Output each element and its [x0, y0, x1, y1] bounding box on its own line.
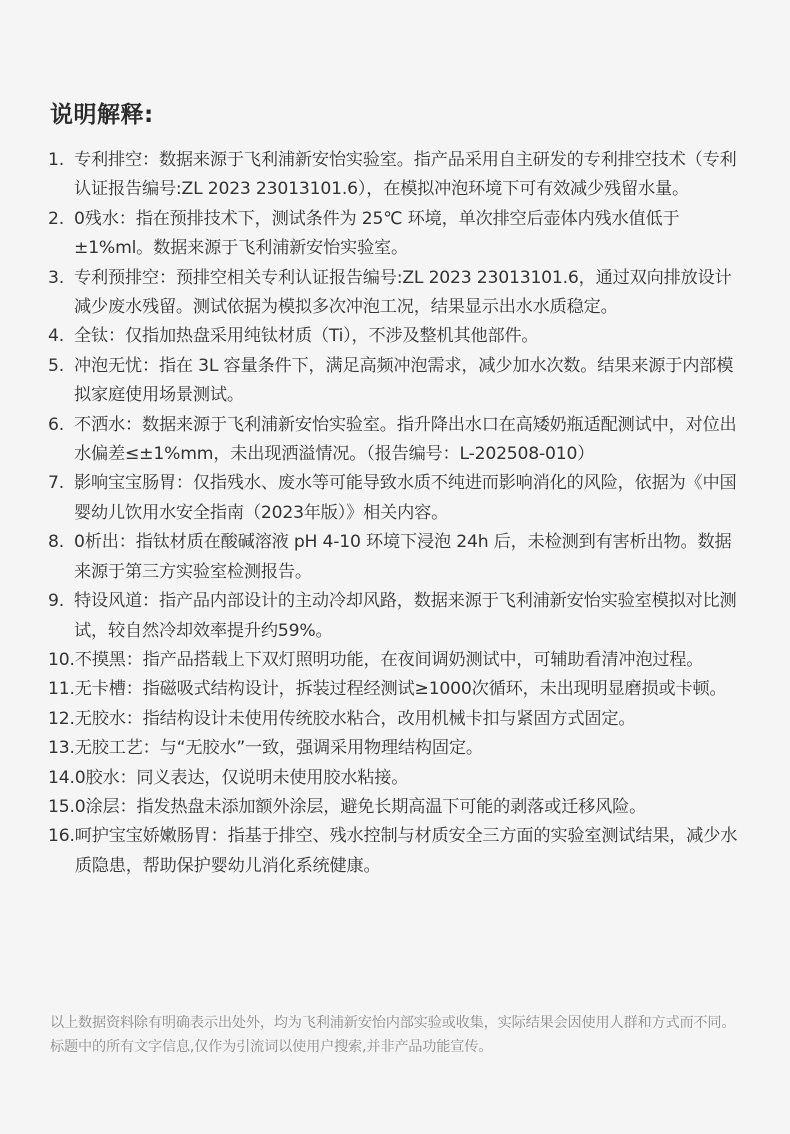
list-item: 3. 专利预排空：预排空相关专利认证报告编号:ZL 2023 23013101.… — [48, 264, 748, 323]
item-number: 1. — [48, 146, 74, 205]
item-number: 3. — [48, 264, 74, 323]
item-number: 6. — [48, 411, 74, 470]
list-item: 2. 0残水：指在预排技术下，测试条件为 25℃ 环境，单次排空后壶体内残水值低… — [48, 205, 748, 264]
item-text: 0胶水：同义表达，仅说明未使用胶水粘接。 — [75, 764, 748, 793]
item-text: 0涂层：指发热盘未添加额外涂层，避免长期高温下可能的剥落或迁移风险。 — [75, 793, 748, 822]
item-number: 9. — [48, 587, 74, 646]
item-text: 全钛：仅指加热盘采用纯钛材质（Ti），不涉及整机其他部件。 — [74, 322, 748, 351]
item-number: 2. — [48, 205, 74, 264]
list-item: 6. 不洒水：数据来源于飞利浦新安怡实验室。指升降出水口在高矮奶瓶适配测试中，对… — [48, 411, 748, 470]
item-text: 无卡槽：指磁吸式结构设计，拆装过程经测试≥1000次循环，未出现明显磨损或卡顿。 — [75, 675, 748, 704]
page-title: 说明解释: — [50, 96, 154, 129]
item-number: 8. — [48, 528, 74, 587]
list-item: 10. 不摸黑：指产品搭载上下双灯照明功能，在夜间调奶测试中，可辅助看清冲泡过程… — [48, 646, 748, 675]
item-text: 无胶水：指结构设计未使用传统胶水粘合，改用机械卡扣与紧固方式固定。 — [75, 705, 748, 734]
list-item: 15. 0涂层：指发热盘未添加额外涂层，避免长期高温下可能的剥落或迁移风险。 — [48, 793, 748, 822]
item-number: 4. — [48, 322, 74, 351]
item-text: 影响宝宝肠胃：仅指残水、废水等可能导致水质不纯进而影响消化的风险，依据为《中国婴… — [74, 469, 748, 528]
item-number: 10. — [48, 646, 75, 675]
item-number: 13. — [48, 734, 75, 763]
list-item: 9. 特设风道：指产品内部设计的主动冷却风路，数据来源于飞利浦新安怡实验室模拟对… — [48, 587, 748, 646]
item-number: 7. — [48, 469, 74, 528]
item-text: 0析出：指钛材质在酸碱溶液 pH 4-10 环境下浸泡 24h 后，未检测到有害… — [74, 528, 748, 587]
item-text: 特设风道：指产品内部设计的主动冷却风路，数据来源于飞利浦新安怡实验室模拟对比测试… — [74, 587, 748, 646]
list-item: 4. 全钛：仅指加热盘采用纯钛材质（Ti），不涉及整机其他部件。 — [48, 322, 748, 351]
item-text: 专利排空：数据来源于飞利浦新安怡实验室。指产品采用自主研发的专利排空技术（专利认… — [74, 146, 748, 205]
list-item: 12. 无胶水：指结构设计未使用传统胶水粘合，改用机械卡扣与紧固方式固定。 — [48, 705, 748, 734]
explanation-list: 1. 专利排空：数据来源于飞利浦新安怡实验室。指产品采用自主研发的专利排空技术（… — [48, 146, 748, 881]
list-item: 11. 无卡槽：指磁吸式结构设计，拆装过程经测试≥1000次循环，未出现明显磨损… — [48, 675, 748, 704]
list-item: 14. 0胶水：同义表达，仅说明未使用胶水粘接。 — [48, 764, 748, 793]
item-text: 不摸黑：指产品搭载上下双灯照明功能，在夜间调奶测试中，可辅助看清冲泡过程。 — [75, 646, 748, 675]
item-number: 5. — [48, 352, 74, 411]
item-number: 11. — [48, 675, 75, 704]
item-number: 12. — [48, 705, 75, 734]
footer-disclaimer: 以上数据资料除有明确表示出处外，均为飞利浦新安怡内部实验或收集，实际结果会因使用… — [50, 1012, 740, 1059]
item-text: 专利预排空：预排空相关专利认证报告编号:ZL 2023 23013101.6，通… — [74, 264, 748, 323]
item-text: 不洒水：数据来源于飞利浦新安怡实验室。指升降出水口在高矮奶瓶适配测试中，对位出水… — [74, 411, 748, 470]
list-item: 13. 无胶工艺：与“无胶水”一致，强调采用物理结构固定。 — [48, 734, 748, 763]
item-number: 15. — [48, 793, 75, 822]
item-number: 14. — [48, 764, 75, 793]
list-item: 5. 冲泡无忧：指在 3L 容量条件下，满足高频冲泡需求，减少加水次数。结果来源… — [48, 352, 748, 411]
disclaimer-page: 说明解释: 1. 专利排空：数据来源于飞利浦新安怡实验室。指产品采用自主研发的专… — [0, 0, 790, 1134]
item-text: 冲泡无忧：指在 3L 容量条件下，满足高频冲泡需求，减少加水次数。结果来源于内部… — [74, 352, 748, 411]
list-item: 8. 0析出：指钛材质在酸碱溶液 pH 4-10 环境下浸泡 24h 后，未检测… — [48, 528, 748, 587]
list-item: 1. 专利排空：数据来源于飞利浦新安怡实验室。指产品采用自主研发的专利排空技术（… — [48, 146, 748, 205]
list-item: 16. 呵护宝宝娇嫩肠胃：指基于排空、残水控制与材质安全三方面的实验室测试结果，… — [48, 822, 748, 881]
item-number: 16. — [48, 822, 75, 881]
item-text: 呵护宝宝娇嫩肠胃：指基于排空、残水控制与材质安全三方面的实验室测试结果，减少水质… — [75, 822, 748, 881]
list-item: 7. 影响宝宝肠胃：仅指残水、废水等可能导致水质不纯进而影响消化的风险，依据为《… — [48, 469, 748, 528]
item-text: 0残水：指在预排技术下，测试条件为 25℃ 环境，单次排空后壶体内残水值低于±1… — [74, 205, 748, 264]
item-text: 无胶工艺：与“无胶水”一致，强调采用物理结构固定。 — [75, 734, 748, 763]
